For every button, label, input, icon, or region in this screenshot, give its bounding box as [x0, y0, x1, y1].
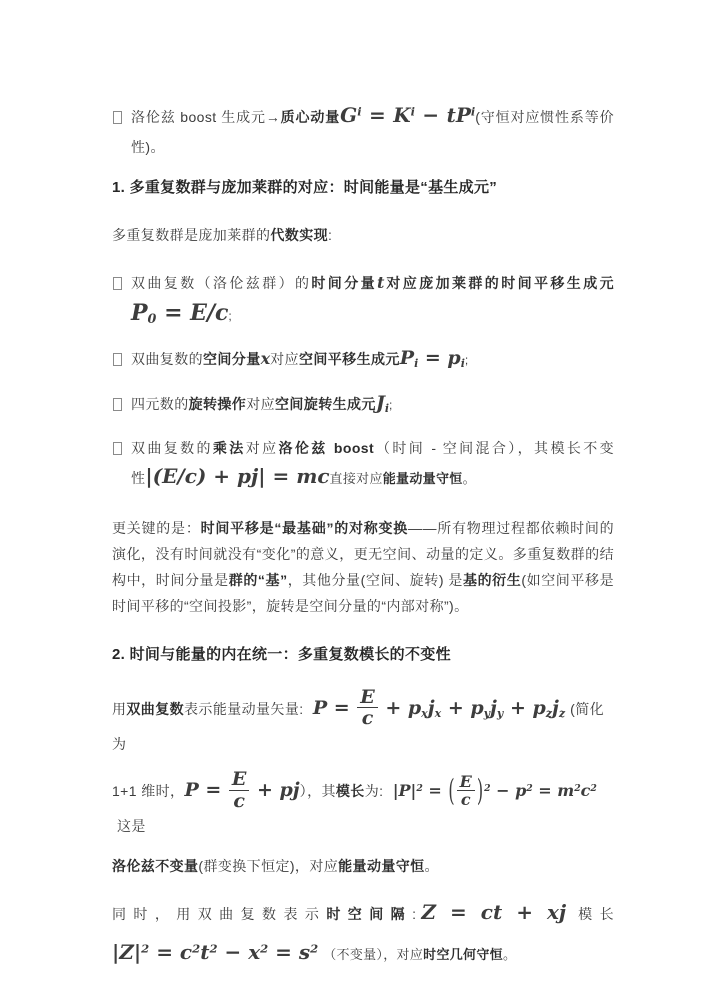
right-paren: ) — [477, 776, 483, 806]
math-token: − p — [491, 781, 527, 800]
text-run: 双曲复数（洛伦兹群）的 — [131, 275, 311, 291]
emphasis: 空间分量 — [203, 351, 261, 367]
text-run: 。 — [503, 947, 516, 962]
emphasis: 时间平移是“最基础”的对称变换 — [201, 520, 408, 536]
math-token: c — [229, 790, 249, 812]
emphasis: 能量动量守恒 — [338, 858, 424, 874]
emphasis: 模长 — [336, 783, 365, 799]
emphasis: 洛伦兹 boost — [278, 440, 374, 456]
math-token: 2 — [310, 942, 318, 956]
emphasis: 对应庞加莱群的时间平移生成元 — [384, 275, 614, 291]
math-token: j — [552, 697, 559, 719]
bullet-missing-glyph-icon — [113, 353, 122, 366]
text-run: 1+1 维时， — [112, 783, 184, 799]
emphasis: 空间旋转生成元 — [275, 396, 376, 412]
text-run: : — [412, 906, 416, 922]
emphasis: 时间分量 — [311, 275, 377, 291]
formula-pi: Pi = pi — [400, 347, 465, 369]
math-token: c — [357, 707, 377, 729]
formula-center-of-mass: Gi = Ki − tPi — [340, 103, 475, 127]
text-run: (群变换下恒定)，对应 — [198, 858, 338, 874]
emphasis: 时空几何守恒 — [423, 947, 503, 962]
math-token: = — [423, 781, 448, 800]
energy-line-2: 1+1 维时，P = Ec + pj），其模长为: |P|2 = (Ec)2 −… — [112, 769, 614, 841]
math-token: x — [421, 707, 428, 720]
text-run: ; — [465, 353, 469, 367]
math-token: − t — [415, 103, 456, 127]
text-run: 表示能量动量矢量: — [184, 701, 304, 717]
math-token: + p — [503, 697, 545, 719]
text-run: 四元数的 — [131, 396, 189, 412]
text-run: ; — [228, 309, 232, 323]
math-token: + pj — [250, 779, 299, 801]
math-token: P = — [313, 697, 356, 719]
text-run: ; — [389, 398, 393, 412]
document-content: 洛伦兹 boost 生成元→质心动量Gi = Ki − tPi(守恒对应惯性系等… — [112, 102, 614, 988]
math-token: = s — [268, 940, 310, 964]
math-token: P — [456, 103, 471, 127]
math-token: j — [490, 697, 497, 719]
math-token: E — [229, 769, 249, 790]
text-run: 更关键的是： — [112, 520, 201, 536]
section-heading-1: 1. 多重复数群与庞加莱群的对应：时间能量是“基生成元” — [112, 176, 614, 200]
math-token: + p — [441, 697, 483, 719]
math-token: K — [393, 103, 410, 127]
emphasis: 空间平移生成元 — [299, 351, 400, 367]
key-paragraph: 更关键的是：时间平移是“最基础”的对称变换——所有物理过程都依赖时间的演化，没有… — [112, 515, 614, 619]
fraction: Ec — [357, 687, 377, 729]
formula-x: x — [261, 349, 271, 368]
math-token: = — [362, 103, 394, 127]
list-item-space-component: 双曲复数的空间分量x对应空间平移生成元Pi = pi; — [112, 344, 614, 374]
text-run: : — [328, 227, 332, 243]
text-run: 洛伦兹 boost 生成元→ — [131, 109, 280, 125]
text-run: 双曲复数的 — [131, 440, 213, 456]
bullet-missing-glyph-icon — [113, 277, 122, 290]
math-token: = c — [149, 940, 192, 964]
math-token: J — [376, 392, 385, 414]
bullet-missing-glyph-icon — [113, 398, 122, 411]
emphasis: 时空间隔 — [326, 906, 412, 922]
emphasis: 双曲复数 — [126, 701, 184, 717]
document-page: 洛伦兹 boost 生成元→质心动量Gi = Ki − tPi(守恒对应惯性系等… — [0, 0, 720, 1007]
text-run: 同时，用双曲复数表示 — [112, 906, 326, 922]
math-token: 2 — [192, 942, 200, 956]
energy-line-1: 用双曲复数表示能量动量矢量: P = Ec + pxjx + pyjy + pz… — [112, 687, 614, 759]
math-token: P = — [184, 779, 227, 801]
list-item-boost: 双曲复数的乘法对应洛伦兹 boost（时间 - 空间混合），其模长不变性|(E/… — [112, 433, 614, 493]
emphasis: 基的衍生 — [463, 572, 521, 588]
math-token: E — [457, 773, 475, 790]
math-token: = E/c — [156, 300, 228, 326]
formula-line: P0 = E/c; — [131, 300, 614, 330]
bullet-missing-glyph-icon — [113, 442, 122, 455]
bullet-missing-glyph-icon — [113, 111, 122, 124]
formula-spacetime-z: Z = ct + xj — [421, 900, 566, 924]
text-run: 为: — [365, 783, 384, 799]
text-run: ），其 — [300, 783, 336, 799]
math-token: z — [559, 707, 565, 720]
math-token: 2 — [209, 942, 217, 956]
math-token: = p — [418, 347, 460, 369]
formula-ji: Ji — [376, 392, 389, 414]
formula-p0: P0 = E/c — [131, 300, 228, 326]
math-token: |Z| — [112, 940, 141, 964]
math-token: 2 — [590, 783, 596, 794]
text-run: 用 — [112, 701, 126, 717]
spacetime-interval-block: 同时，用双曲复数表示时空间隔:Z = ct + xj模长 |Z|2 = c2t2… — [112, 899, 614, 969]
math-token: 2 — [260, 942, 268, 956]
text-run: （不变量），对应 — [323, 947, 423, 962]
emphasis: 乘法 — [213, 440, 246, 456]
energy-momentum-block: 用双曲复数表示能量动量矢量: P = Ec + pxjx + pyjy + pz… — [112, 687, 614, 881]
list-item-boost-generator: 洛伦兹 boost 生成元→质心动量Gi = Ki − tPi(守恒对应惯性系等… — [112, 102, 614, 162]
section-heading-2: 2. 时间与能量的内在统一：多重复数模长的不变性 — [112, 643, 614, 667]
math-token: G — [340, 103, 357, 127]
formula-1plus1-dim: P = Ec + pj — [184, 779, 299, 801]
text-run: 模长 — [571, 906, 614, 922]
emphasis: 质心动量 — [280, 109, 340, 125]
interval-line-1: 同时，用双曲复数表示时空间隔:Z = ct + xj模长 — [112, 899, 614, 929]
energy-line-3: 洛伦兹不变量(群变换下恒定)，对应能量动量守恒。 — [112, 851, 614, 881]
text-run: 。 — [463, 471, 476, 486]
text-run: 。 — [425, 858, 439, 874]
text-run: ，其他分量(空间、旋转) 是 — [288, 572, 464, 588]
formula-modulus-squared: |P|2 = (Ec)2 − p2 = m2c2 — [393, 781, 597, 800]
text-run: 对应 — [246, 440, 279, 456]
text-run: 多重复数群是庞加莱群的 — [112, 227, 270, 243]
fraction: Ec — [457, 773, 475, 809]
math-token: P — [131, 300, 148, 326]
item-text-line: 双曲复数（洛伦兹群）的时间分量t对应庞加莱群的时间平移生成元 — [131, 268, 614, 298]
interval-line-2: |Z|2 = c2t2 − x2 = s2（不变量），对应时空几何守恒。 — [112, 939, 614, 969]
emphasis: 群的“基” — [229, 572, 288, 588]
emphasis: 旋转操作 — [189, 396, 247, 412]
text-run: 对应 — [270, 351, 299, 367]
emphasis: 能量动量守恒 — [383, 471, 463, 486]
math-token: |P| — [393, 781, 417, 800]
math-token: P — [400, 347, 414, 369]
formula-modulus-invariance: |(E/c) + pj| = mc — [145, 464, 329, 488]
math-token: = m — [533, 781, 574, 800]
math-token: + p — [379, 697, 421, 719]
text-run: 双曲复数的 — [131, 351, 203, 367]
left-paren: ( — [448, 776, 454, 806]
math-token: c — [457, 790, 475, 808]
formula-z-squared: |Z|2 = c2t2 − x2 = s2 — [112, 940, 318, 964]
text-run: 直接对应 — [330, 471, 383, 486]
text-run: 这是 — [117, 818, 146, 834]
list-item-rotation: 四元数的旋转操作对应空间旋转生成元Ji; — [112, 389, 614, 419]
math-token: c — [581, 781, 591, 800]
math-token: j — [428, 697, 435, 719]
emphasis: 洛伦兹不变量 — [112, 858, 198, 874]
math-token: − x — [218, 940, 261, 964]
list-item-time-component: 双曲复数（洛伦兹群）的时间分量t对应庞加莱群的时间平移生成元 P0 = E/c; — [112, 268, 614, 330]
math-token: E — [357, 687, 377, 708]
formula-energy-momentum-vector: P = Ec + pxjx + pyjy + pzjz — [313, 697, 565, 719]
emphasis: 代数实现 — [270, 227, 328, 243]
fraction: Ec — [229, 769, 249, 811]
intro-paragraph: 多重复数群是庞加莱群的代数实现: — [112, 220, 614, 250]
text-run: 对应 — [246, 396, 275, 412]
